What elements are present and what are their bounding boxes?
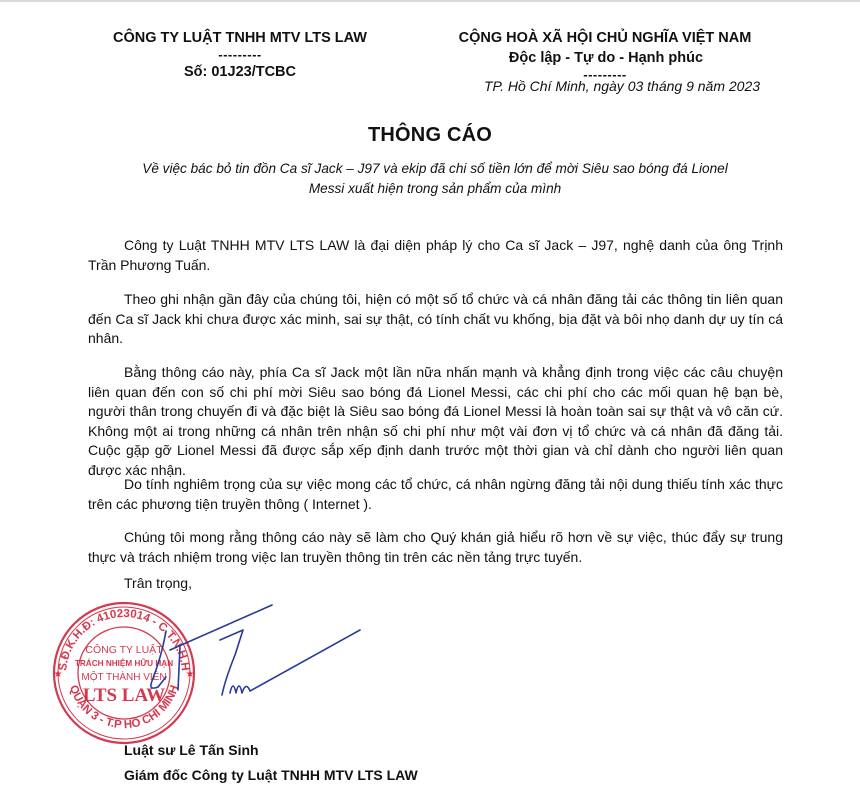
republic-name: CỘNG HOÀ XÃ HỘI CHỦ NGHĨA VIỆT NAM: [420, 28, 790, 48]
company-name: CÔNG TY LUẬT TNHH MTV LTS LAW: [60, 28, 420, 48]
document-number: Số: 01J23/TCBC: [60, 62, 420, 82]
page-top-border: [0, 0, 860, 2]
body-paragraph-1: Công ty Luật TNHH MTV LTS LAW là đại diệ…: [88, 236, 783, 291]
company-header: CÔNG TY LUẬT TNHH MTV LTS LAW --------- …: [60, 28, 420, 82]
body-paragraph-2: Theo ghi nhận gần đây của chúng tôi, hiệ…: [88, 290, 783, 365]
header-separator-left: ---------: [60, 48, 420, 62]
signer-name: Luật sư Lê Tấn Sinh: [124, 742, 259, 758]
closing-salutation: Trân trọng,: [124, 575, 192, 591]
signer-title: Giám đốc Công ty Luật TNHH MTV LTS LAW: [124, 767, 418, 783]
signature-icon: [140, 595, 380, 705]
svg-text:★: ★: [54, 669, 63, 680]
paragraph-text: Do tính nghiêm trọng của sự việc mong cá…: [88, 475, 783, 514]
body-paragraph-4: Do tính nghiêm trọng của sự việc mong cá…: [88, 475, 783, 530]
national-motto: Độc lập - Tự do - Hạnh phúc: [420, 48, 790, 68]
place-date: TP. Hồ Chí Minh, ngày 03 tháng 9 năm 202…: [484, 78, 760, 94]
document-subtitle: Về việc bác bỏ tin đồn Ca sĩ Jack – J97 …: [130, 159, 740, 199]
paragraph-text: Theo ghi nhận gần đây của chúng tôi, hiệ…: [88, 290, 783, 349]
document-title: THÔNG CÁO: [0, 124, 860, 147]
paragraph-text: Công ty Luật TNHH MTV LTS LAW là đại diệ…: [88, 236, 783, 275]
paragraph-text: Bằng thông cáo này, phía Ca sĩ Jack một …: [88, 363, 783, 481]
body-paragraph-5: Chúng tôi mong rằng thông cáo này sẽ làm…: [88, 528, 783, 583]
national-header: CỘNG HOÀ XÃ HỘI CHỦ NGHĨA VIỆT NAM Độc l…: [420, 28, 790, 82]
paragraph-text: Chúng tôi mong rằng thông cáo này sẽ làm…: [88, 528, 783, 567]
